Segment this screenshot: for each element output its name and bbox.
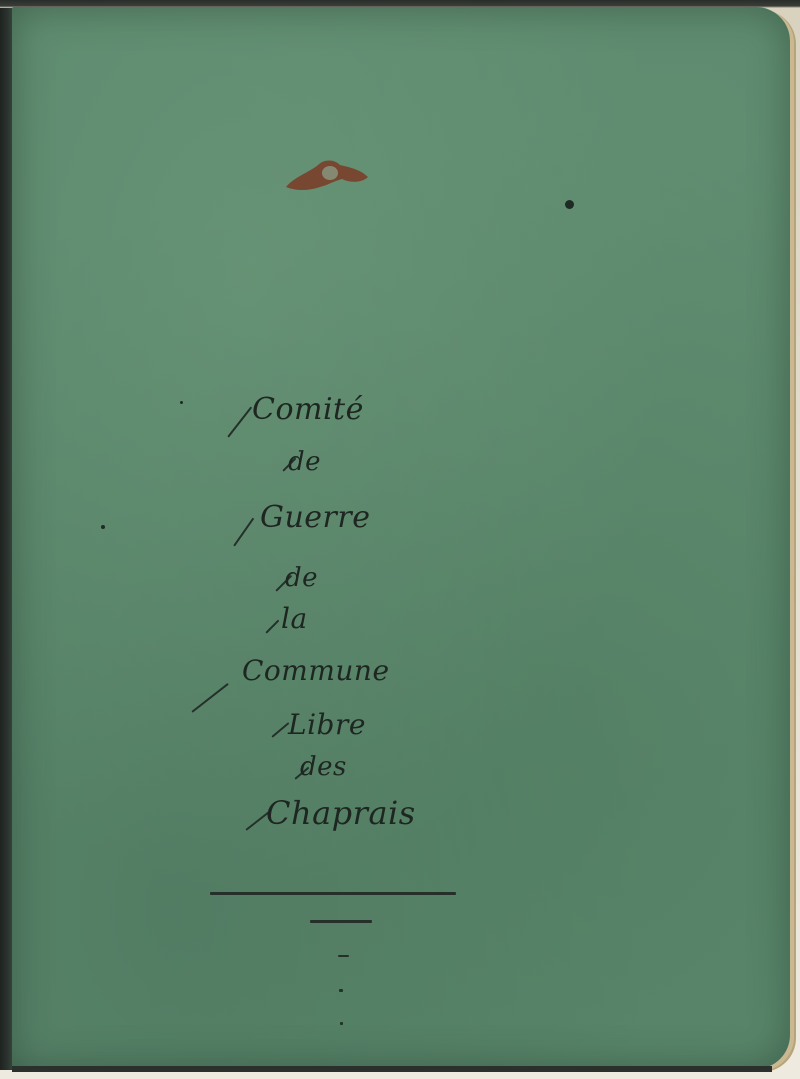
decorative-dot bbox=[340, 1022, 343, 1025]
title-line-des: des bbox=[300, 752, 347, 782]
title-line-commune: Commune bbox=[242, 654, 390, 687]
lead-stroke bbox=[233, 518, 254, 547]
lead-stroke bbox=[271, 722, 289, 738]
lead-stroke bbox=[191, 683, 228, 713]
decorative-rule-short bbox=[338, 955, 349, 957]
title-line-de-2: de bbox=[285, 563, 318, 593]
title-line-comite: Comité bbox=[252, 392, 364, 427]
lead-stroke bbox=[227, 406, 252, 437]
title-line-chaprais: Chaprais bbox=[266, 794, 416, 832]
title-line-libre: Libre bbox=[288, 708, 366, 741]
title-line-de-1: de bbox=[288, 447, 321, 477]
decorative-rule-long bbox=[210, 892, 456, 895]
title-line-guerre: Guerre bbox=[260, 500, 370, 535]
title-line-la: la bbox=[281, 602, 308, 635]
decorative-rule-medium bbox=[310, 920, 372, 923]
handwritten-title: Comité de Guerre de la Commune Libre des… bbox=[0, 0, 800, 1079]
decorative-dot bbox=[339, 989, 343, 992]
lead-stroke bbox=[265, 620, 279, 634]
